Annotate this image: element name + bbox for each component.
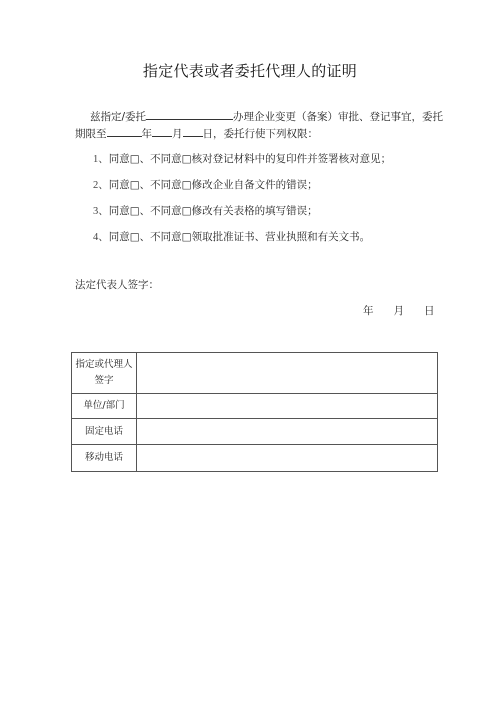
item-number: 4、 [93,232,109,243]
delegate-name-blank[interactable] [146,109,233,120]
signature-cell[interactable] [137,353,438,394]
item-number: 2、 [93,180,109,191]
month-label: 月 [172,128,183,140]
table-row: 固定电话 [72,419,438,445]
intro-line-1: 兹指定/委托办理企业变更（备案）审批、登记事宜，委托 [90,109,450,124]
intro-text: 兹指定/委托 [90,111,146,123]
table-row: 单位/部门 [72,394,438,419]
item-text: 同意□、不同意□领取批准证书、营业执照和有关文书。 [109,231,370,243]
year-blank[interactable] [107,126,142,137]
permission-item: 2、同意□、不同意□修改企业自备文件的错误； [93,177,318,192]
table-row: 指定或代理人 签字 [72,353,438,394]
permission-item: 4、同意□、不同意□领取批准证书、营业执照和有关文书。 [93,229,370,244]
legal-rep-signature-label: 法定代表人签字： [75,277,159,292]
item-text: 同意□、不同意□核对登记材料中的复印件并签署核对意见； [109,153,391,165]
table-row: 移动电话 [72,445,438,472]
item-text: 同意□、不同意□修改有关表格的填写错误； [109,205,318,217]
label-line: 指定或代理人 [72,357,136,373]
label-line: 签字 [72,373,136,389]
row-label: 固定电话 [72,419,137,445]
signature-date: 年月日 [363,303,435,318]
mobile-cell[interactable] [137,445,438,472]
intro-line-2: 期限至年月日，委托行使下列权限： [75,126,435,141]
signature-year: 年 [363,305,374,317]
year-label: 年 [142,128,153,140]
delegate-info-table: 指定或代理人 签字 单位/部门 固定电话 移动电话 [71,352,438,472]
signature-month: 月 [394,305,405,317]
row-label: 指定或代理人 签字 [72,353,137,394]
row-label: 移动电话 [72,445,137,472]
item-text: 同意□、不同意□修改企业自备文件的错误； [109,179,318,191]
document-title: 指定代表或者委托代理人的证明 [0,60,500,81]
intro-text: 办理企业变更（备案）审批、登记事宜，委托 [233,111,443,123]
item-number: 1、 [93,154,109,165]
signature-day: 日 [424,305,435,317]
landline-cell[interactable] [137,419,438,445]
month-blank[interactable] [152,126,172,137]
day-label: 日 [203,128,214,140]
permission-item: 3、同意□、不同意□修改有关表格的填写错误； [93,203,318,218]
permission-item: 1、同意□、不同意□核对登记材料中的复印件并签署核对意见； [93,151,391,166]
intro-text: ，委托行使下列权限： [213,128,318,140]
day-blank[interactable] [183,126,203,137]
intro-text: 期限至 [75,128,107,140]
item-number: 3、 [93,206,109,217]
unit-department-cell[interactable] [137,394,438,419]
row-label: 单位/部门 [72,394,137,419]
